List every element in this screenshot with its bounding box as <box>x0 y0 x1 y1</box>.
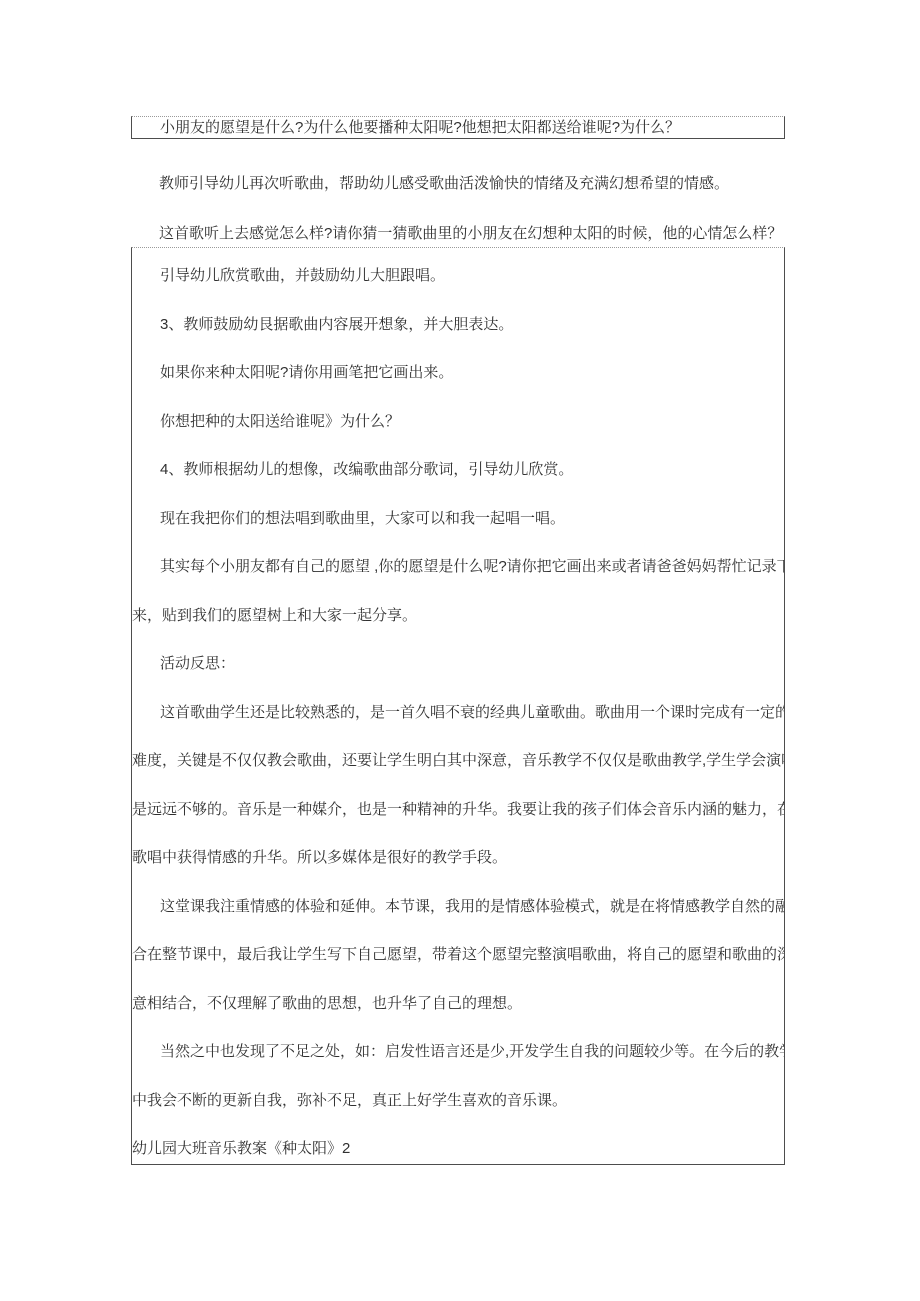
content-line-14: 这堂课我注重情感的体验和延伸。本节课，我用的是情感体验模式，就是在将情感教学自然… <box>132 883 784 932</box>
content-line-18: 中我会不断的更新自我，弥补不足，真正上好学生喜欢的音乐课。 <box>132 1077 784 1126</box>
document-page: 小朋友的愿望是什么?为什么他要播种太阳呢?他想把太阳都送给谁呢?为什么？ 教师引… <box>0 0 920 1301</box>
content-line-19: 幼儿园大班音乐教案《种太阳》2 <box>132 1125 784 1165</box>
intro-paragraph-1: 教师引导幼儿再次听歌曲，帮助幼儿感受歌曲活泼愉快的情绪及充满幻想希望的情感。 <box>131 173 819 195</box>
content-line-15: 合在整节课中，最后我让学生写下自己愿望，带着这个愿望完整演唱歌曲，将自己的愿望和… <box>132 931 784 980</box>
content-line-3: 如果你来种太阳呢?请你用画笔把它画出来。 <box>132 349 784 398</box>
question-box: 小朋友的愿望是什么?为什么他要播种太阳呢?他想把太阳都送给谁呢?为什么？ <box>131 116 785 139</box>
question-box-text: 小朋友的愿望是什么?为什么他要播种太阳呢?他想把太阳都送给谁呢?为什么？ <box>132 117 784 138</box>
content-line-17: 当然之中也发现了不足之处，如：启发性语言还是少,开发学生自我的问题较少等。在今后… <box>132 1028 784 1077</box>
content-line-2: 3、教师鼓励幼艮据歌曲内容展开想象，并大胆表达。 <box>132 301 784 350</box>
content-box: 引导幼儿欣赏歌曲，并鼓励幼儿大胆跟唱。 3、教师鼓励幼艮据歌曲内容展开想象，并大… <box>131 247 785 1165</box>
content-line-8: 来，贴到我们的愿望树上和大家一起分享。 <box>132 592 784 641</box>
content-line-13: 歌唱中获得情感的升华。所以多媒体是很好的教学手段。 <box>132 834 784 883</box>
content-line-11: 难度，关键是不仅仅教会歌曲，还要让学生明白其中深意，音乐教学不仅仅是歌曲教学,学… <box>132 737 784 786</box>
content-line-12: 是远远不够的。音乐是一种媒介，也是一种精神的升华。我要让我的孩子们体会音乐内涵的… <box>132 786 784 835</box>
content-line-6: 现在我把你们的想法唱到歌曲里，大家可以和我一起唱一唱。 <box>132 495 784 544</box>
content-line-7: 其实每个小朋友都有自己的愿望 ,你的愿望是什么呢?请你把它画出来或者请爸爸妈妈帮… <box>132 543 784 592</box>
content-line-10: 这首歌曲学生还是比较熟悉的，是一首久唱不衰的经典儿童歌曲。歌曲用一个课时完成有一… <box>132 689 784 738</box>
content-line-9: 活动反思： <box>132 640 784 689</box>
content-line-5: 4、教师根据幼儿的想像，改编歌曲部分歌词，引导幼儿欣赏。 <box>132 446 784 495</box>
content-line-1: 引导幼儿欣赏歌曲，并鼓励幼儿大胆跟唱。 <box>132 252 784 301</box>
content-line-16: 意相结合，不仅理解了歌曲的思想，也升华了自己的理想。 <box>132 980 784 1029</box>
content-line-4: 你想把种的太阳送给谁呢》为什么？ <box>132 398 784 447</box>
intro-paragraph-2: 这首歌听上去感觉怎么样?请你猜一猜歌曲里的小朋友在幻想种太阳的时候，他的心情怎么… <box>131 223 819 245</box>
